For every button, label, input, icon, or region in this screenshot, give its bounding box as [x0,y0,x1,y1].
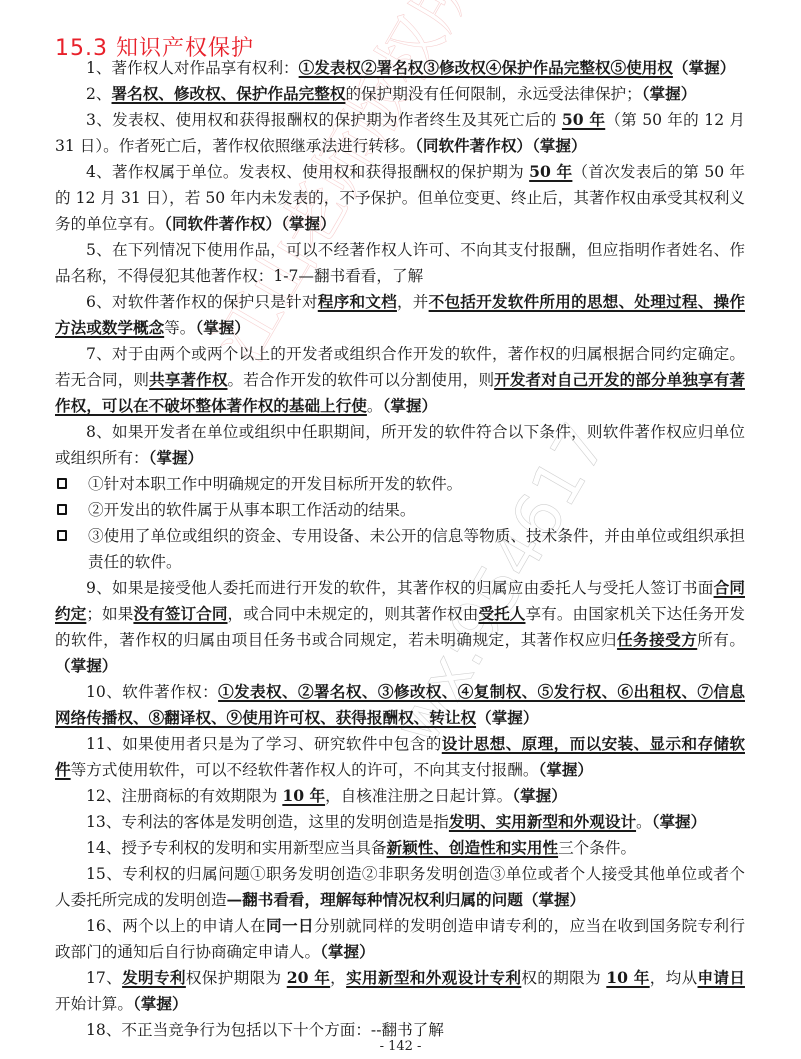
key-point-underlined: 10 年 [282,786,325,805]
list-item-12: 12、注册商标的有效期限为 10 年，自核准注册之日起计算。（掌握） [55,783,745,809]
body-text: 开始计算。 [55,995,133,1013]
key-point-underlined: 实用新型和外观设计专利 [346,968,521,987]
bullet-text: ③使用了单位或组织的资金、专用设备、未公开的信息等物质、技术条件，并由单位或组织… [88,523,745,575]
body-text: 的保护期没有任何限制，永远受法律保护； [345,85,641,103]
body-text: 14、授予专利权的发明和实用新型应当具备 [86,839,387,857]
key-point-underlined: 发明、实用新型和外观设计 [449,812,636,831]
key-point-underlined: 10 年 [606,968,649,987]
body-text: 2、 [86,85,112,103]
key-point-underlined: 没有签订合同 [133,604,227,623]
emphasis-text: （掌握） [195,318,250,337]
body-text: 等。 [164,319,195,337]
emphasis-text: （掌握） [538,760,593,779]
checkbox-bullet-icon [57,504,67,515]
key-point-underlined: 申请日 [698,968,745,987]
list-item-6: 6、对软件著作权的保护只是针对程序和文档，并不包括开发软件所用的思想、处理过程、… [55,289,745,341]
paragraph-list-2: 9、如果是接受他人委托而进行开发的软件，其著作权的归属应由委托人与受托人签订书面… [55,575,745,1043]
bullet-item: ①针对本职工作中明确规定的开发目标所开发的软件。 [55,471,745,497]
key-point-underlined: 20 年 [287,968,330,987]
body-text: 所有。 [697,631,745,649]
bullet-item: ②开发出的软件属于从事本职工作活动的结果。 [55,497,745,523]
body-text: 6、对软件著作权的保护只是针对 [86,293,318,311]
emphasis-text: （掌握） [55,656,117,675]
list-item-15: 15、专利权的归属问题①职务发明创造②非职务发明创造③单位或者个人接受其他单位或… [55,861,745,913]
body-text: 权保护期限为 [186,969,287,987]
list-item-9: 9、如果是接受他人委托而进行开发的软件，其著作权的归属应由委托人与受托人签订书面… [55,575,745,679]
body-text: 1、著作权人对作品享有权利： [86,59,299,77]
body-text: ；如果 [86,605,133,623]
page-number: - 142 - [0,1039,801,1054]
document-page: 江山老师版权所有 wx:954617 15.3 知识产权保护 1、著作权人对作品… [0,0,801,1059]
list-item-3: 3、发表权、使用权和获得报酬权的保护期为作者终生及其死亡后的 50 年（第 50… [55,107,745,159]
body-text: ，并 [397,293,429,311]
list-item-16: 16、两个以上的申请人在同一日分别就同样的发明创造申请专利的，应当在收到国务院专… [55,913,745,965]
key-point-underlined: 新颖性、创造性和实用性 [387,838,559,857]
body-text: 权的期限为 [521,969,606,987]
emphasis-text: —翻书看看，理解每种情况权利归属的问题（掌握） [227,890,586,909]
key-point-underlined: 共享著作权 [149,370,227,389]
emphasis-text: （同软件著作权）（掌握） [164,214,336,233]
key-point-underlined: 署名权、修改权、保护作品完整权 [112,84,346,103]
list-item-5: 5、在下列情况下使用作品，可以不经著作权人许可、不向其支付报酬，但应指明作者姓名… [55,237,745,289]
body-text: 5、在下列情况下使用作品，可以不经著作权人许可、不向其支付报酬，但应指明作者姓名… [55,241,745,285]
body-text: 。 [636,813,652,831]
bullet-text: ②开发出的软件属于从事本职工作活动的结果。 [88,497,745,523]
body-text: ，或合同中未规定的，则其著作权由 [228,605,479,623]
document-body: 1、著作权人对作品享有权利：①发表权②署名权③修改权④保护作品完整权⑤使用权（掌… [55,55,745,1043]
body-text: 3、发表权、使用权和获得报酬权的保护期为作者终生及其死亡后的 [86,111,562,129]
bullet-item: ③使用了单位或组织的资金、专用设备、未公开的信息等物质、技术条件，并由单位或组织… [55,523,745,575]
body-text: 11、如果使用者只是为了学习、研究软件中包含的 [86,735,442,753]
checkbox-bullet-list: ①针对本职工作中明确规定的开发目标所开发的软件。②开发出的软件属于从事本职工作活… [55,471,745,575]
body-text: 18、不正当竞争行为包括以下十个方面：--翻书了解 [86,1021,444,1039]
key-point-underlined: 任务接受方 [617,630,697,649]
checkbox-bullet-icon [57,530,67,541]
body-text: ，均从 [650,969,698,987]
key-point-underlined: 程序和文档 [318,292,397,311]
emphasis-text: （掌握） [642,84,697,103]
emphasis-text: 同一日 [266,916,314,935]
list-item-17: 17、发明专利权保护期限为 20 年，实用新型和外观设计专利权的期限为 10 年… [55,965,745,1017]
body-text: 12、注册商标的有效期限为 [86,787,282,805]
emphasis-text: （掌握） [512,786,567,805]
emphasis-text: （掌握） [652,812,707,831]
key-point-underlined: 受托人 [478,604,525,623]
list-item-1: 1、著作权人对作品享有权利：①发表权②署名权③修改权④保护作品完整权⑤使用权（掌… [55,55,745,81]
emphasis-text: （掌握） [673,58,735,77]
body-text: 三个条件。 [558,839,636,857]
key-point-underlined: 发明专利 [122,968,186,987]
key-point-underlined: 50 年 [562,110,605,129]
emphasis-text: （掌握） [149,448,204,467]
body-text: 。若合作开发的软件可以分割使用，则 [228,371,495,389]
body-text: 10、软件著作权： [86,683,218,701]
key-point-underlined: ①发表权②署名权③修改权④保护作品完整权⑤使用权 [299,58,673,77]
body-text: 等方式使用软件，可以不经软件著作权人的许可，不向其支付报酬。 [71,761,539,779]
bullet-text: ①针对本职工作中明确规定的开发目标所开发的软件。 [88,471,745,497]
body-text: 16、两个以上的申请人在 [86,917,266,935]
emphasis-text: （掌握） [476,708,538,727]
body-text: 13、专利法的客体是发明创造，这里的发明创造是指 [86,813,449,831]
list-item-4: 4、著作权属于单位。发表权、使用权和获得报酬权的保护期为 50 年（首次发表后的… [55,159,745,237]
list-item-14: 14、授予专利权的发明和实用新型应当具备新颖性、创造性和实用性三个条件。 [55,835,745,861]
list-item-10: 10、软件著作权：①发表权、②署名权、③修改权、④复制权、⑤发行权、⑥出租权、⑦… [55,679,745,731]
body-text: 17、 [86,969,122,987]
list-item-8: 8、如果开发者在单位或组织中任职期间，所开发的软件符合以下条件，则软件著作权应归… [55,419,745,471]
key-point-underlined: 50 年 [529,162,572,181]
list-item-11: 11、如果使用者只是为了学习、研究软件中包含的设计思想、原理，而以安装、显示和存… [55,731,745,783]
list-item-2: 2、署名权、修改权、保护作品完整权的保护期没有任何限制，永远受法律保护；（掌握） [55,81,745,107]
emphasis-text: （掌握） [383,396,438,415]
emphasis-text: （同软件著作权）（掌握） [415,136,587,155]
paragraph-list-1: 1、著作权人对作品享有权利：①发表权②署名权③修改权④保护作品完整权⑤使用权（掌… [55,55,745,471]
emphasis-text: （掌握） [320,942,375,961]
list-item-13: 13、专利法的客体是发明创造，这里的发明创造是指发明、实用新型和外观设计。（掌握… [55,809,745,835]
body-text: ，自核准注册之日起计算。 [325,787,512,805]
emphasis-text: （掌握） [133,994,188,1013]
body-text: 4、著作权属于单位。发表权、使用权和获得报酬权的保护期为 [86,163,529,181]
body-text: ， [330,969,346,987]
list-item-7: 7、对于由两个或两个以上的开发者或组织合作开发的软件，著作权的归属根据合同约定确… [55,341,745,419]
body-text: 9、如果是接受他人委托而进行开发的软件，其著作权的归属应由委托人与受托人签订书面 [86,579,714,597]
checkbox-bullet-icon [57,478,67,489]
body-text: 。 [367,397,383,415]
